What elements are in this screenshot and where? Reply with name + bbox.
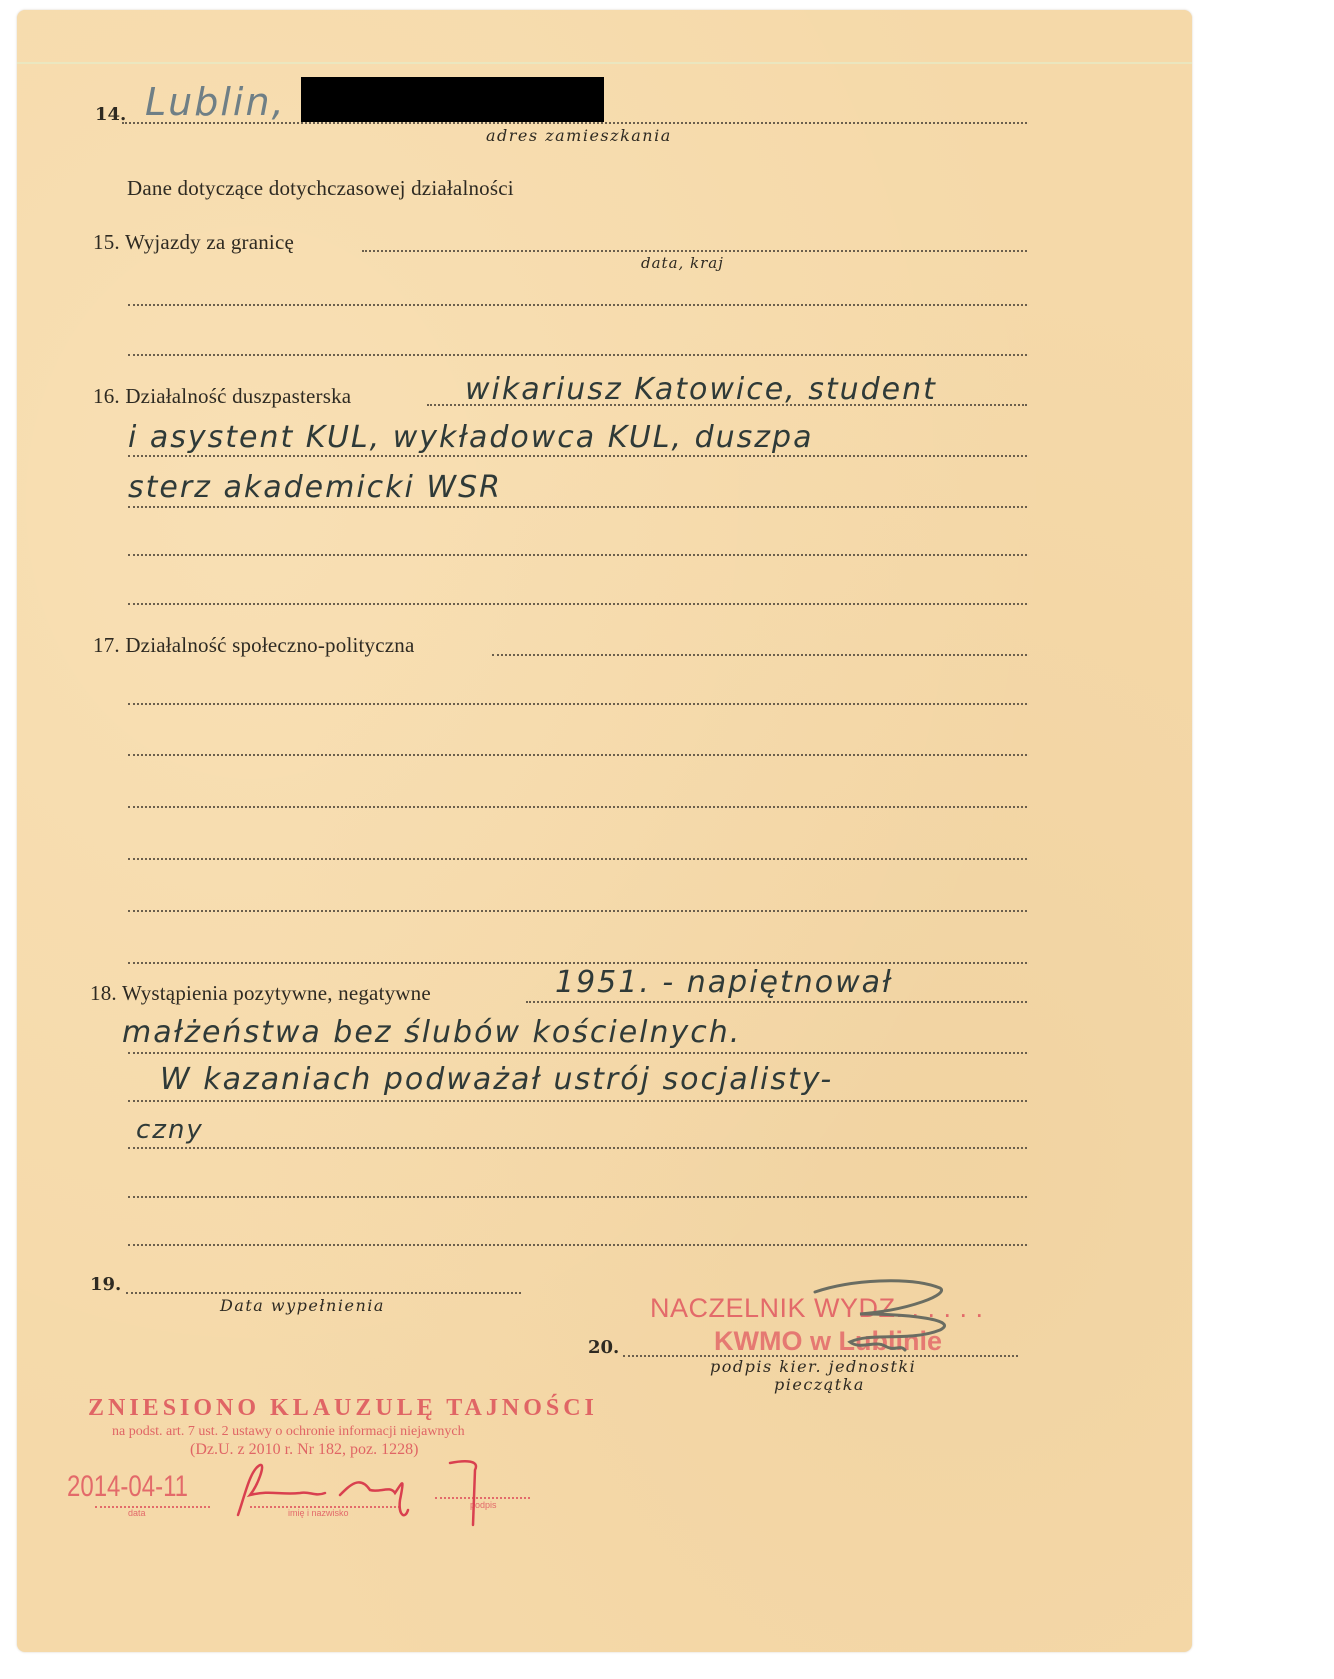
- section-heading: Dane dotyczące dotychczasowej działalnoś…: [127, 176, 514, 201]
- field-18-text: Wystąpienia pozytywne, negatywne: [122, 981, 431, 1005]
- field-17-line-6: [128, 910, 1027, 912]
- field-18-hand-line-4: czny: [136, 1115, 204, 1145]
- paper-fold-line: [17, 62, 1192, 64]
- field-14-line: [122, 122, 1027, 124]
- field-15-caption: data, kraj: [641, 254, 724, 272]
- field-18-line-2: [128, 1052, 1027, 1054]
- field-17-line-3: [128, 754, 1027, 756]
- field-16-line-3: [128, 506, 1027, 508]
- field-20-number: 20.: [588, 1337, 619, 1358]
- field-17-line-7: [128, 962, 1027, 964]
- field-16-hand-line-1: wikariusz Katowice, student: [465, 372, 937, 407]
- field-15-line-2: [128, 304, 1027, 306]
- field-18-line-1: [526, 1001, 1027, 1003]
- field-15-number: 15.: [93, 230, 120, 254]
- field-18-line-4: [128, 1147, 1027, 1149]
- field-17-label: 17. Działalność społeczno-polityczna: [93, 633, 415, 658]
- declassification-date-line: [95, 1506, 210, 1508]
- field-16-line-5: [128, 603, 1027, 605]
- field-16-line-4: [128, 554, 1027, 556]
- field-17-line-1: [492, 654, 1027, 656]
- field-16-hand-line-3: sterz akademicki WSR: [128, 470, 502, 505]
- field-14-handwritten: Lublin,: [145, 80, 286, 124]
- redaction-box: [301, 77, 604, 122]
- field-18-hand-line-2: małżeństwa bez ślubów kościelnych.: [122, 1015, 741, 1050]
- field-18-line-6: [128, 1244, 1027, 1246]
- field-20-caption-1: podpis kier. jednostki: [710, 1357, 916, 1376]
- field-18-label: 18. Wystąpienia pozytywne, negatywne: [90, 981, 431, 1006]
- field-19-caption: Data wypełnienia: [220, 1296, 385, 1315]
- field-15-line-3: [128, 354, 1027, 356]
- field-18-line-5: [128, 1196, 1027, 1198]
- field-17-text: Działalność społeczno-polityczna: [125, 633, 414, 657]
- field-17-line-4: [128, 806, 1027, 808]
- field-17-line-5: [128, 858, 1027, 860]
- declassification-date-caption: data: [128, 1508, 146, 1518]
- declassification-stamp-legal: na podst. art. 7 ust. 2 ustawy o ochroni…: [112, 1424, 465, 1440]
- field-16-label: 16. Działalność duszpasterska: [93, 384, 351, 409]
- field-18-number: 18.: [90, 981, 117, 1005]
- field-18-line-3: [128, 1100, 1027, 1102]
- field-15-label: 15. Wyjazdy za granicę: [93, 230, 294, 255]
- declassification-signature-icon: [230, 1455, 550, 1535]
- declassification-stamp-title: ZNIESIONO KLAUZULĘ TAJNOŚCI: [88, 1395, 598, 1422]
- field-19-line: [126, 1292, 521, 1294]
- field-17-line-2: [128, 703, 1027, 705]
- field-18-hand-line-3: W kazaniach podważał ustrój socjalisty-: [160, 1062, 833, 1097]
- field-19-number: 19.: [90, 1274, 121, 1295]
- field-16-hand-line-2: i asystent KUL, wykładowca KUL, duszpa: [128, 420, 813, 455]
- field-15-text: Wyjazdy za granicę: [125, 230, 294, 254]
- field-18-hand-line-1: 1951. - napiętnował: [555, 965, 893, 1000]
- field-16-line-2: [128, 455, 1027, 457]
- field-20-caption-2: pieczątka: [774, 1375, 865, 1394]
- field-17-number: 17.: [93, 633, 120, 657]
- declassification-date: 2014-04-11: [67, 1470, 188, 1504]
- field-14-caption: adres zamieszkania: [486, 126, 672, 145]
- field-16-text: Działalność duszpasterska: [125, 384, 351, 408]
- field-16-number: 16.: [93, 384, 120, 408]
- field-15-line: [362, 250, 1027, 252]
